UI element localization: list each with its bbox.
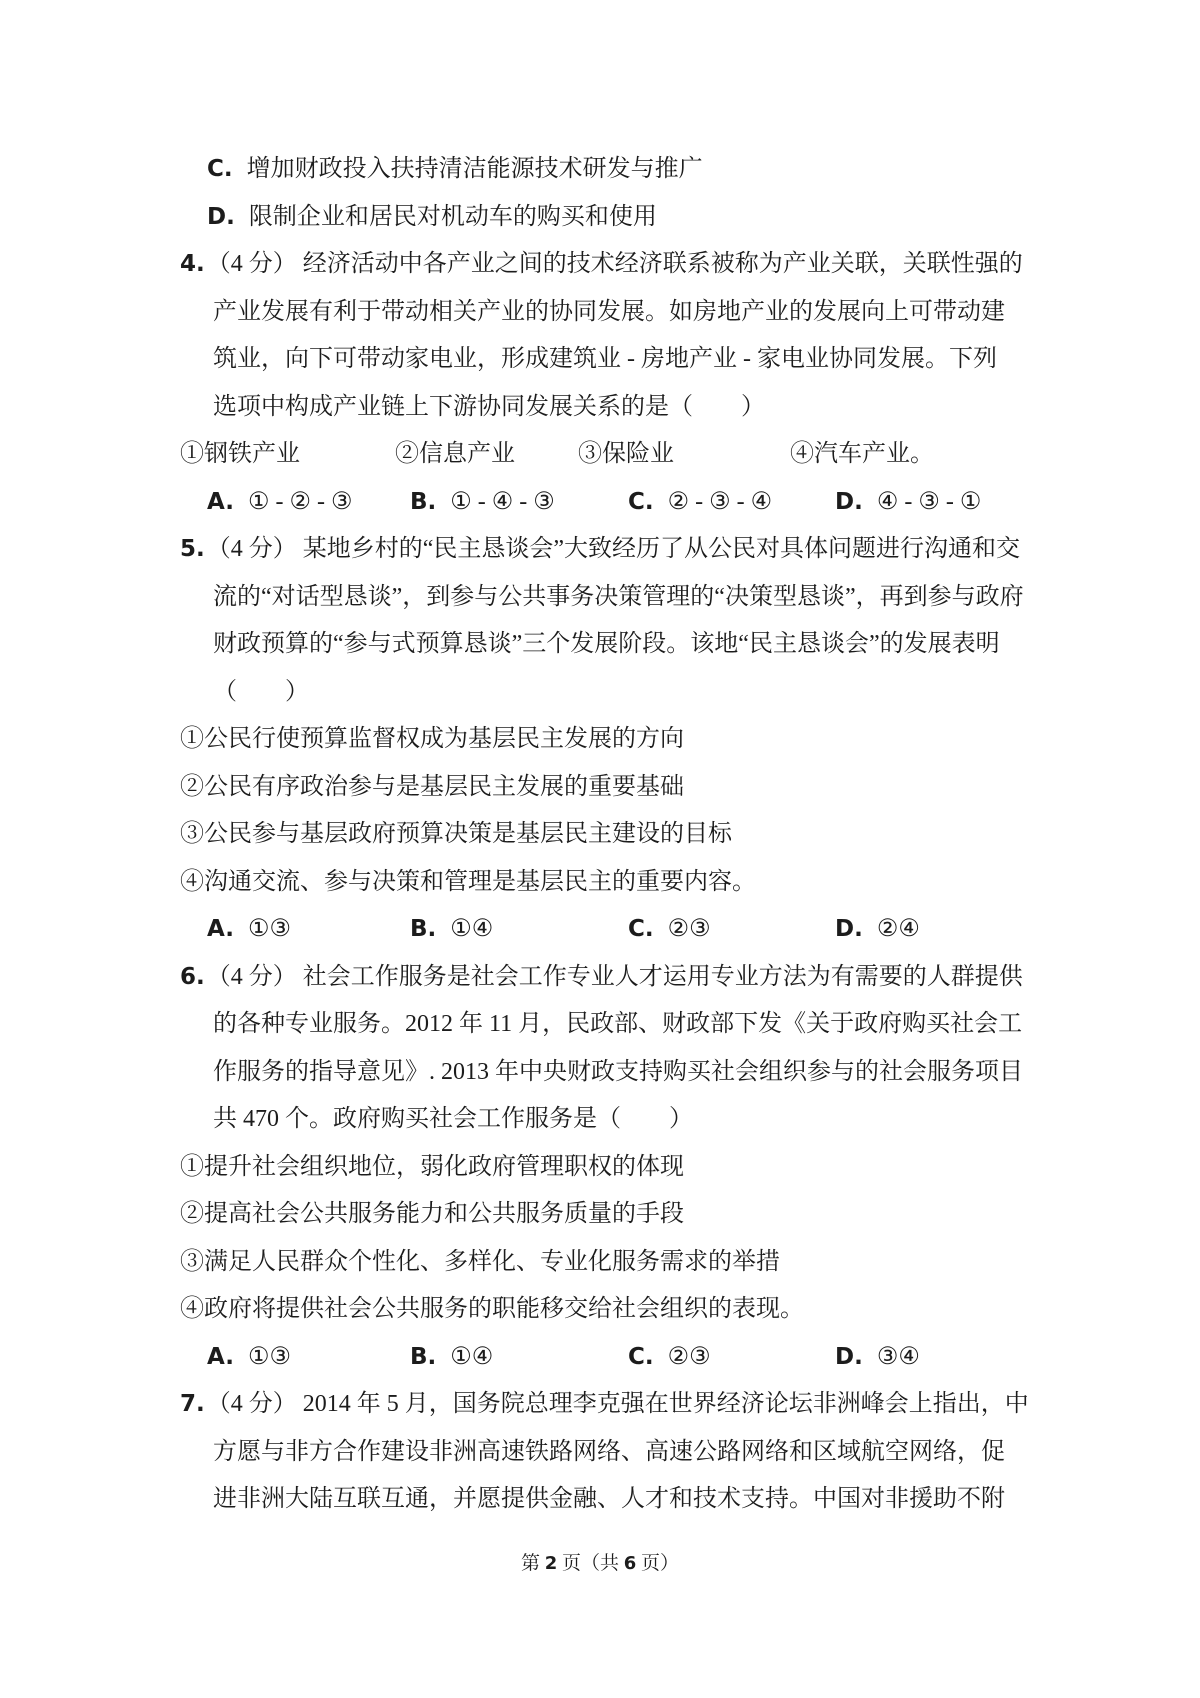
item-row: ①钢铁产业 ②信息产业 ③保险业 ④汽车产业。 — [0, 431, 1200, 479]
option-text: ④ - ③ - ① — [877, 489, 982, 515]
question-stem-line: 方愿与非方合作建设非洲高速铁路网络、高速公路网络和区域航空网络，促 — [0, 1429, 1200, 1477]
option-text: ②③ — [668, 916, 711, 942]
item-line-4: ④政府将提供社会公共服务的职能移交给社会组织的表现。 — [0, 1286, 1200, 1334]
option-label: A. — [207, 489, 234, 515]
option-text: 限制企业和居民对机动车的购买和使用 — [249, 204, 657, 230]
option-text: ②③ — [668, 1344, 711, 1370]
option-text: ①④ — [450, 1344, 493, 1370]
option-label: C. — [628, 489, 654, 515]
question-5: 5.（4 分）某地乡村的“民主恳谈会”大致经历了从公民对具体问题进行沟通和交 流… — [0, 526, 1200, 954]
question-stem-line: 作服务的指导意见》. 2013 年中央财政支持购买社会组织参与的社会服务项目 — [0, 1049, 1200, 1097]
option-c: C.②③ — [628, 1334, 711, 1382]
question-stem-line: 筑业，向下可带动家电业，形成建筑业 - 房地产业 - 家电业协同发展。下列 — [0, 336, 1200, 384]
question-6: 6.（4 分）社会工作服务是社会工作专业人才运用专业方法为有需要的人群提供 的各… — [0, 954, 1200, 1382]
question-stem-line: 4.（4 分）经济活动中各产业之间的技术经济联系被称为产业关联，关联性强的 — [0, 241, 1200, 289]
option-d: D.③④ — [835, 1334, 920, 1382]
footer-total-pages: 6 — [624, 1553, 637, 1574]
question-number: 7. — [180, 1391, 205, 1417]
option-a: A.①③ — [207, 1334, 291, 1382]
page-footer: 第 2 页（共 6 页） — [0, 1548, 1200, 1575]
option-b: B.①④ — [410, 906, 493, 954]
question-stem-line: 产业发展有利于带动相关产业的协同发展。如房地产业的发展向上可带动建 — [0, 289, 1200, 337]
options-row: A.①③ B.①④ C.②③ D.②④ — [0, 906, 1200, 954]
exam-page: C.增加财政投入扶持清洁能源技术研发与推广 D.限制企业和居民对机动车的购买和使… — [0, 0, 1200, 1698]
question-stem-line: 选项中构成产业链上下游协同发展关系的是（ ） — [0, 384, 1200, 432]
option-b: B.①④ — [410, 1334, 493, 1382]
question-7: 7.（4 分）2014 年 5 月，国务院总理李克强在世界经济论坛非洲峰会上指出… — [0, 1381, 1200, 1524]
option-c: C.②③ — [628, 906, 711, 954]
option-text: ①④ — [450, 916, 493, 942]
item-1: ①钢铁产业 — [180, 431, 300, 479]
stem-text: 经济活动中各产业之间的技术经济联系被称为产业关联，关联性强的 — [303, 251, 1023, 277]
question-stem-line: 7.（4 分）2014 年 5 月，国务院总理李克强在世界经济论坛非洲峰会上指出… — [0, 1381, 1200, 1429]
option-label: D. — [835, 1344, 863, 1370]
option-label: D. — [835, 489, 863, 515]
question-number: 5. — [180, 536, 205, 562]
option-label: A. — [207, 916, 234, 942]
item-line-3: ③公民参与基层政府预算决策是基层民主建设的目标 — [0, 811, 1200, 859]
item-line-1: ①公民行使预算监督权成为基层民主发展的方向 — [0, 716, 1200, 764]
options-row: A.①③ B.①④ C.②③ D.③④ — [0, 1334, 1200, 1382]
stem-text: 2014 年 5 月，国务院总理李克强在世界经济论坛非洲峰会上指出，中 — [303, 1391, 1029, 1417]
options-row: A.① - ② - ③ B.① - ④ - ③ C.② - ③ - ④ D.④ … — [0, 479, 1200, 527]
question-score: （4 分） — [207, 251, 297, 277]
question-stem-line: 进非洲大陆互联互通，并愿提供金融、人才和技术支持。中国对非援助不附 — [0, 1476, 1200, 1524]
item-line-4: ④沟通交流、参与决策和管理是基层民主的重要内容。 — [0, 859, 1200, 907]
carryover-option-c: C.增加财政投入扶持清洁能源技术研发与推广 — [0, 146, 1200, 194]
item-3: ③保险业 — [578, 431, 674, 479]
footer-text: 页） — [636, 1553, 679, 1574]
item-line-1: ①提升社会组织地位，弱化政府管理职权的体现 — [0, 1144, 1200, 1192]
question-score: （4 分） — [207, 964, 297, 990]
option-text: ②④ — [877, 916, 920, 942]
question-stem-line: 共 470 个。政府购买社会工作服务是（ ） — [0, 1096, 1200, 1144]
option-text: ③④ — [877, 1344, 920, 1370]
question-stem-line: 财政预算的“参与式预算恳谈”三个发展阶段。该地“民主恳谈会”的发展表明 — [0, 621, 1200, 669]
question-stem-line: 6.（4 分）社会工作服务是社会工作专业人才运用专业方法为有需要的人群提供 — [0, 954, 1200, 1002]
question-4: 4.（4 分）经济活动中各产业之间的技术经济联系被称为产业关联，关联性强的 产业… — [0, 241, 1200, 526]
footer-text: 页（共 — [557, 1553, 624, 1574]
option-c: C.② - ③ - ④ — [628, 479, 772, 527]
option-text: ① - ② - ③ — [248, 489, 353, 515]
question-score: （4 分） — [207, 536, 297, 562]
question-score: （4 分） — [207, 1391, 297, 1417]
option-text: ①③ — [248, 1344, 291, 1370]
option-label: C. — [628, 916, 654, 942]
item-2: ②信息产业 — [395, 431, 515, 479]
carryover-option-d: D.限制企业和居民对机动车的购买和使用 — [0, 194, 1200, 242]
question-number: 6. — [180, 964, 205, 990]
item-line-3: ③满足人民群众个性化、多样化、专业化服务需求的举措 — [0, 1239, 1200, 1287]
option-label: C. — [207, 156, 233, 182]
option-text: ① - ④ - ③ — [450, 489, 555, 515]
option-text: ② - ③ - ④ — [668, 489, 773, 515]
item-4: ④汽车产业。 — [790, 431, 934, 479]
question-stem-line: 5.（4 分）某地乡村的“民主恳谈会”大致经历了从公民对具体问题进行沟通和交 — [0, 526, 1200, 574]
question-stem-line: 的各种专业服务。2012 年 11 月，民政部、财政部下发《关于政府购买社会工 — [0, 1001, 1200, 1049]
option-label: B. — [410, 489, 436, 515]
item-line-2: ②公民有序政治参与是基层民主发展的重要基础 — [0, 764, 1200, 812]
option-text: 增加财政投入扶持清洁能源技术研发与推广 — [247, 156, 703, 182]
stem-text: 社会工作服务是社会工作专业人才运用专业方法为有需要的人群提供 — [303, 964, 1023, 990]
option-a: A.① - ② - ③ — [207, 479, 353, 527]
option-label: A. — [207, 1344, 234, 1370]
item-line-2: ②提高社会公共服务能力和公共服务质量的手段 — [0, 1191, 1200, 1239]
footer-page-number: 2 — [545, 1553, 558, 1574]
option-label: B. — [410, 916, 436, 942]
question-stem-line: 流的“对话型恳谈”，到参与公共事务决策管理的“决策型恳谈”，再到参与政府 — [0, 574, 1200, 622]
option-d: D.④ - ③ - ① — [835, 479, 981, 527]
option-b: B.① - ④ - ③ — [410, 479, 555, 527]
option-label: D. — [207, 204, 235, 230]
option-d: D.②④ — [835, 906, 920, 954]
question-number: 4. — [180, 251, 205, 277]
option-label: B. — [410, 1344, 436, 1370]
option-text: ①③ — [248, 916, 291, 942]
option-label: C. — [628, 1344, 654, 1370]
stem-text: 某地乡村的“民主恳谈会”大致经历了从公民对具体问题进行沟通和交 — [303, 536, 1020, 562]
option-a: A.①③ — [207, 906, 291, 954]
footer-text: 第 — [521, 1553, 545, 1574]
exam-body: C.增加财政投入扶持清洁能源技术研发与推广 D.限制企业和居民对机动车的购买和使… — [0, 146, 1200, 1524]
option-label: D. — [835, 916, 863, 942]
question-stem-line: （ ） — [0, 669, 1200, 717]
